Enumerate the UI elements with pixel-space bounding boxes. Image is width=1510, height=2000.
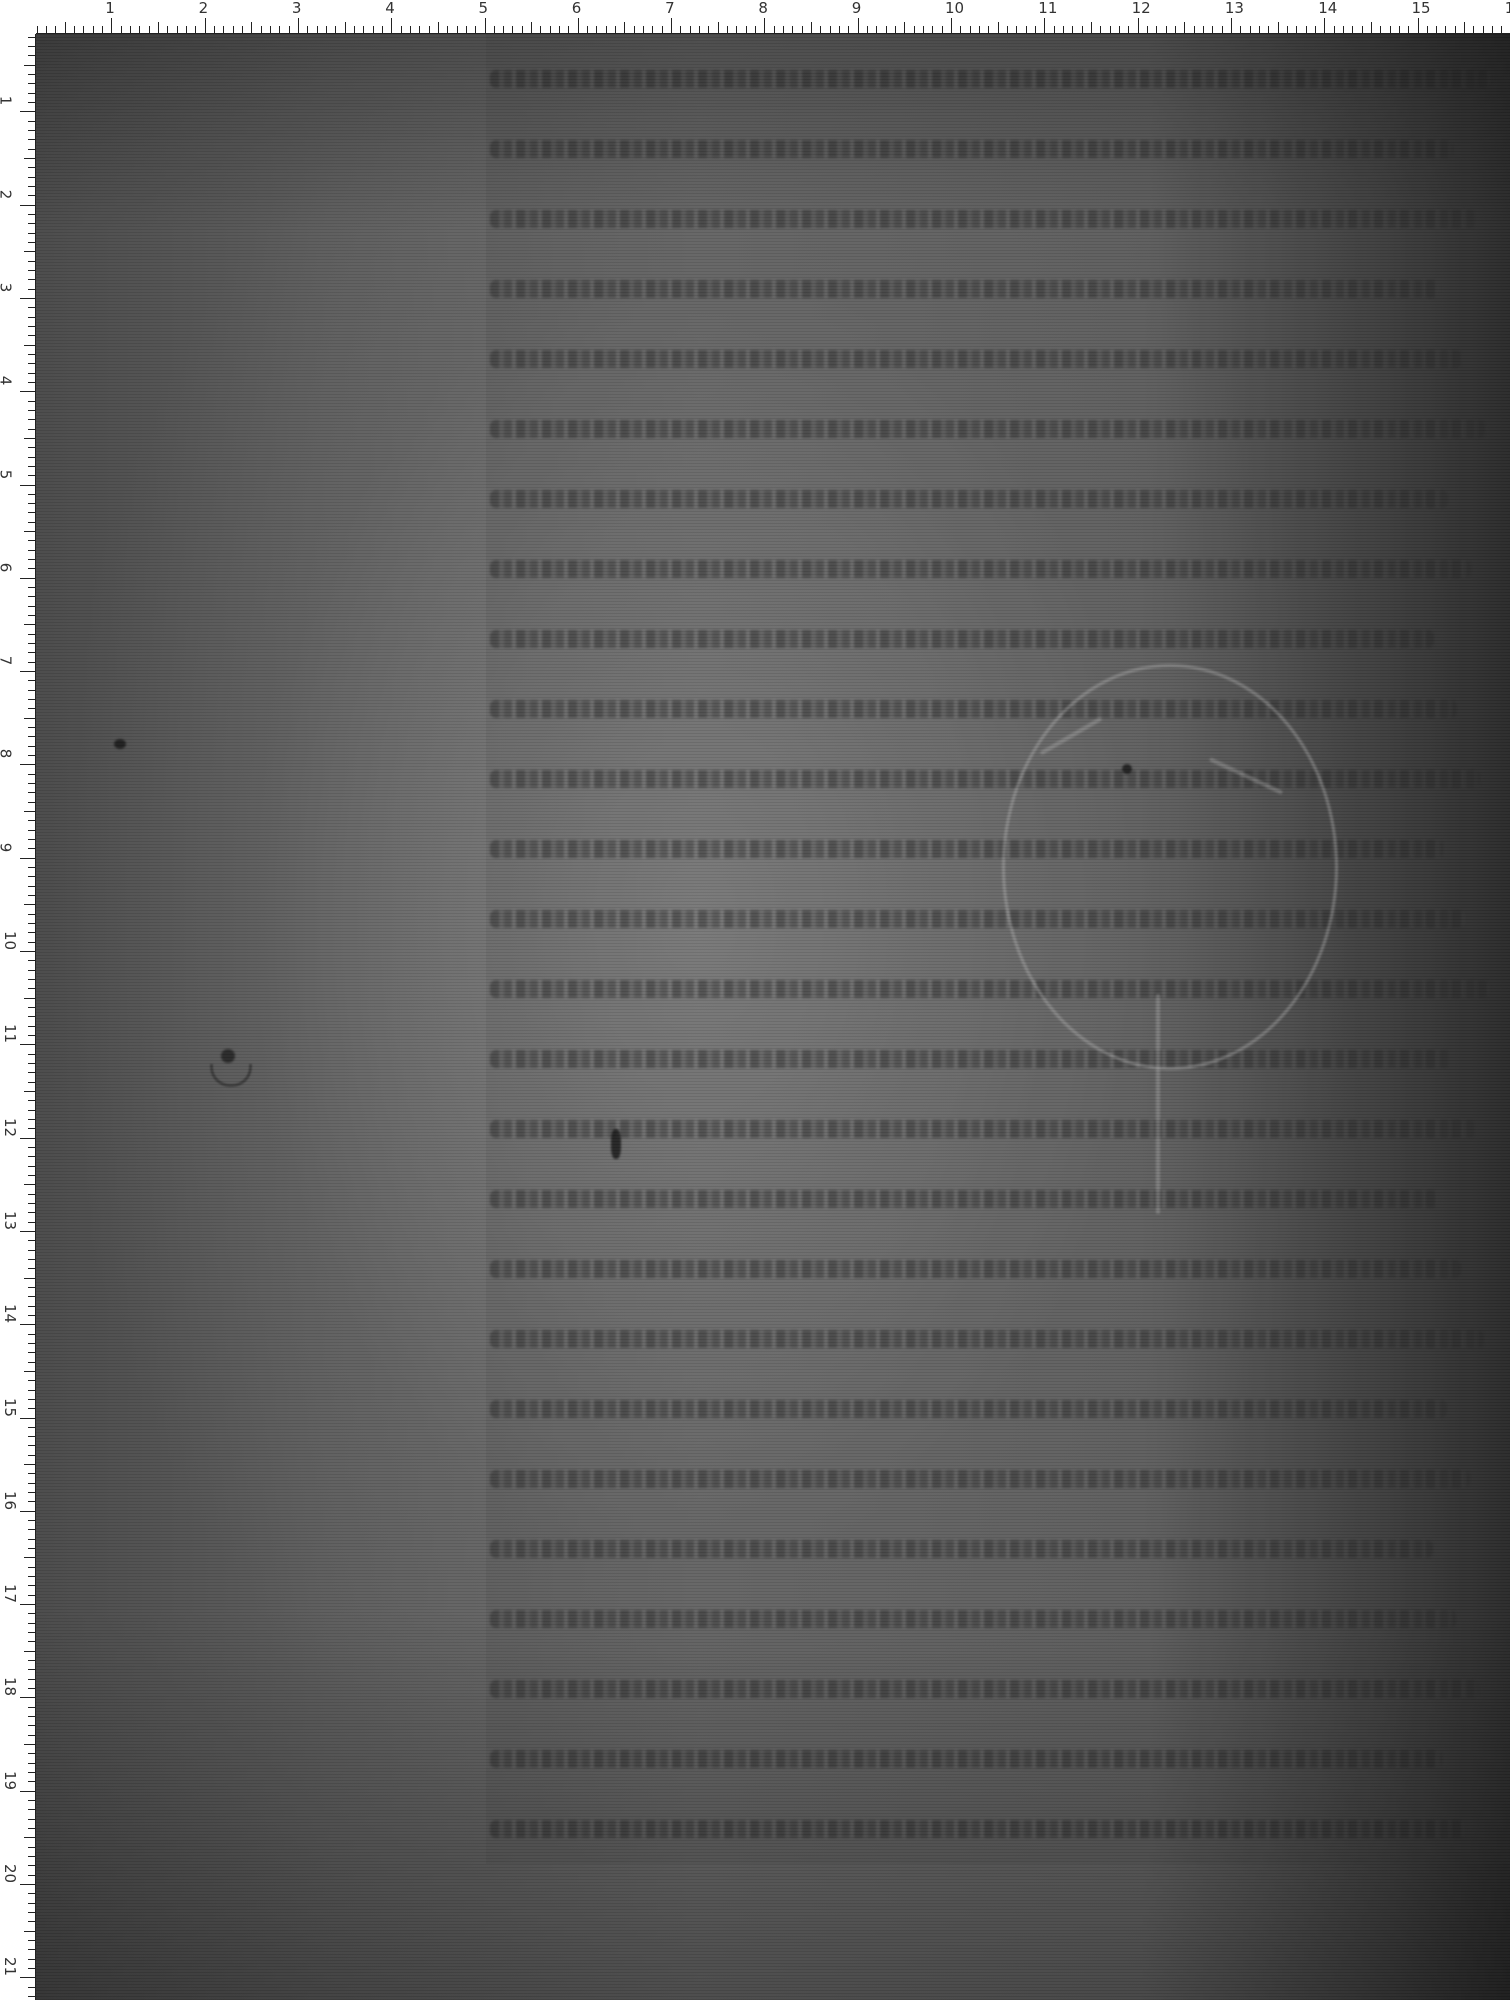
- ruler-tick: [24, 1184, 36, 1185]
- ruler-tick: [1175, 26, 1176, 34]
- ruler-tick: [988, 26, 989, 34]
- ruler-tick: [1100, 26, 1101, 34]
- ruler-tick: [37, 26, 38, 34]
- ruler-tick: [28, 1865, 36, 1866]
- ruler-tick: [139, 26, 140, 34]
- ruler-tick: [205, 18, 206, 34]
- ruler-tick: [410, 26, 411, 34]
- ruler-tick: [680, 26, 681, 34]
- ruler-tick: [24, 624, 36, 625]
- ruler-tick: [811, 22, 812, 34]
- ruler-label: 11: [2, 1024, 17, 1043]
- ruler-tick: [28, 1959, 36, 1960]
- ruler-tick: [457, 26, 458, 34]
- ruler-tick: [28, 1893, 36, 1894]
- ruler-tick: [28, 1240, 36, 1241]
- ruler-tick: [28, 727, 36, 728]
- ruler-tick: [20, 1884, 36, 1885]
- ruler-tick: [24, 811, 36, 812]
- ruler-tick: [46, 26, 47, 34]
- ruler-label: 5: [479, 1, 489, 16]
- ruler-tick: [28, 447, 36, 448]
- ruler-tick: [1212, 26, 1213, 34]
- ruler-tick: [1399, 26, 1400, 34]
- ruler-tick: [746, 26, 747, 34]
- ruler-tick: [28, 83, 36, 84]
- ruler-tick: [28, 634, 36, 635]
- ruler-tick: [28, 979, 36, 980]
- ruler-tick: [28, 942, 36, 943]
- ruler-label: 7: [0, 656, 12, 666]
- ruler-tick: [28, 1996, 36, 1997]
- ruler-tick: [494, 26, 495, 34]
- ruler-tick: [662, 26, 663, 34]
- ruler-tick: [28, 195, 36, 196]
- ruler-tick: [28, 1660, 36, 1661]
- ruler-tick: [820, 26, 821, 34]
- ruler-tick: [1455, 26, 1456, 34]
- ruler-tick: [951, 18, 952, 34]
- ruler-tick: [540, 26, 541, 34]
- ruler-tick: [429, 26, 430, 34]
- ruler-label: 11: [1038, 1, 1057, 16]
- ruler-tick: [1091, 22, 1092, 34]
- ruler-label: 7: [665, 1, 675, 16]
- ruler-tick: [24, 1837, 36, 1838]
- ruler-tick: [20, 1044, 36, 1045]
- ruler-tick: [28, 1772, 36, 1773]
- ruler-tick: [167, 26, 168, 34]
- ruler-tick: [28, 503, 36, 504]
- ruler-label: 12: [2, 1118, 17, 1137]
- ruler-tick: [28, 802, 36, 803]
- ruler-tick: [1259, 26, 1260, 34]
- ruler-tick: [699, 26, 700, 34]
- ruler-tick: [1250, 26, 1251, 34]
- ruler-tick: [28, 74, 36, 75]
- ruler-tick: [28, 1707, 36, 1708]
- ruler-tick: [1007, 26, 1008, 34]
- ruler-tick: [28, 214, 36, 215]
- ruler-tick: [28, 1725, 36, 1726]
- ruler-tick: [28, 457, 36, 458]
- ruler-tick: [28, 149, 36, 150]
- ruler-tick: [28, 1268, 36, 1269]
- ruler-tick: [1110, 26, 1111, 34]
- ruler-tick: [24, 1371, 36, 1372]
- ruler-tick: [1035, 26, 1036, 34]
- ruler-tick: [28, 1856, 36, 1857]
- ruler-tick: [475, 26, 476, 34]
- ruler-tick: [74, 26, 75, 34]
- ruler-tick: [652, 26, 653, 34]
- ruler-tick: [307, 26, 308, 34]
- ruler-tick: [28, 382, 36, 383]
- ruler-label: 9: [852, 1, 862, 16]
- ruler-tick: [28, 830, 36, 831]
- ruler-tick: [24, 1651, 36, 1652]
- ruler-tick: [28, 1501, 36, 1502]
- ruler-tick: [485, 18, 486, 34]
- ruler-label: 2: [199, 1, 209, 16]
- ruler-tick: [24, 904, 36, 905]
- ruler-tick: [28, 1912, 36, 1913]
- ruler-tick: [28, 1035, 36, 1036]
- ruler-tick: [28, 970, 36, 971]
- ruler-tick: [28, 1679, 36, 1680]
- ruler-tick: [317, 26, 318, 34]
- ruler-tick: [1315, 26, 1316, 34]
- ruler-tick: [1222, 26, 1223, 34]
- ruler-tick: [326, 26, 327, 34]
- ruler-tick: [28, 121, 36, 122]
- ruler-tick: [876, 26, 877, 34]
- ruler-tick: [28, 1968, 36, 1969]
- ruler-tick: [28, 1287, 36, 1288]
- ruler-tick: [121, 26, 122, 34]
- ruler-tick: [1016, 26, 1017, 34]
- ruler-tick: [28, 279, 36, 280]
- ruler-tick: [1063, 26, 1064, 34]
- ruler-label: 1: [1505, 1, 1510, 16]
- ruler-tick: [28, 1781, 36, 1782]
- ruler-tick: [28, 652, 36, 653]
- ruler-tick: [28, 1315, 36, 1316]
- ruler-tick: [1194, 26, 1195, 34]
- ruler-tick: [1082, 26, 1083, 34]
- ruler-tick: [28, 1175, 36, 1176]
- ruler-tick: [596, 26, 597, 34]
- ruler-tick: [251, 22, 252, 34]
- ruler-tick: [28, 1903, 36, 1904]
- ruler-tick: [28, 130, 36, 131]
- ruler-tick: [606, 26, 607, 34]
- ruler-tick: [419, 26, 420, 34]
- ruler-label: 8: [0, 749, 12, 759]
- ruler-tick: [335, 26, 336, 34]
- ruler-tick: [28, 46, 36, 47]
- ruler-tick: [24, 718, 36, 719]
- ruler-tick: [354, 26, 355, 34]
- ruler-tick: [28, 923, 36, 924]
- ruler-tick: [28, 736, 36, 737]
- ruler-tick: [24, 345, 36, 346]
- ruler-tick: [28, 139, 36, 140]
- ruler-tick: [24, 1931, 36, 1932]
- ruler-tick: [28, 1548, 36, 1549]
- ruler-tick: [401, 26, 402, 34]
- ruler-tick: [83, 26, 84, 34]
- ruler-tick: [28, 1054, 36, 1055]
- ruler-tick: [28, 1735, 36, 1736]
- ruler-label: 8: [758, 1, 768, 16]
- ruler-tick: [1306, 26, 1307, 34]
- ruler-tick: [20, 951, 36, 952]
- ruler-tick: [28, 820, 36, 821]
- ruler-tick: [28, 932, 36, 933]
- ruler-tick: [28, 261, 36, 262]
- ruler-tick: [1436, 26, 1437, 34]
- ruler-tick: [28, 559, 36, 560]
- ruler-tick: [28, 1492, 36, 1493]
- ruler-tick: [1166, 26, 1167, 34]
- ruler-tick: [1240, 26, 1241, 34]
- ruler-tick: [1464, 22, 1465, 34]
- ruler-tick: [1492, 26, 1493, 34]
- ruler-tick: [28, 1641, 36, 1642]
- ruler-tick: [28, 755, 36, 756]
- ruler-tick: [28, 960, 36, 961]
- ruler-label: 5: [0, 469, 12, 479]
- ruler-tick: [858, 18, 859, 34]
- ruler-tick: [28, 1585, 36, 1586]
- ruler-tick: [28, 1203, 36, 1204]
- ruler-tick: [28, 419, 36, 420]
- ruler-tick: [28, 792, 36, 793]
- ruler-tick: [28, 102, 36, 103]
- ruler-tick: [792, 26, 793, 34]
- ruler-tick: [1324, 18, 1325, 34]
- ruler-tick: [1473, 26, 1474, 34]
- ruler-tick: [214, 26, 215, 34]
- ruler-tick: [1147, 26, 1148, 34]
- ruler-tick: [28, 1063, 36, 1064]
- ruler-tick: [186, 26, 187, 34]
- ruler-tick: [839, 26, 840, 34]
- ruler-label: 13: [2, 1211, 17, 1230]
- ruler-tick: [28, 1529, 36, 1530]
- ruler-tick: [261, 26, 262, 34]
- ruler-tick: [764, 18, 765, 34]
- ruler-label: 15: [1412, 1, 1431, 16]
- ruler-tick: [28, 401, 36, 402]
- ruler-tick: [28, 93, 36, 94]
- ruler-tick: [149, 26, 150, 34]
- ruler-tick: [28, 326, 36, 327]
- ruler-tick: [28, 1632, 36, 1633]
- ruler-tick: [979, 26, 980, 34]
- ruler-tick: [28, 1613, 36, 1614]
- ruler-tick: [1334, 26, 1335, 34]
- ruler-label: 10: [945, 1, 964, 16]
- ruler-tick: [1044, 18, 1045, 34]
- ruler-tick: [20, 764, 36, 765]
- ruler-tick: [24, 1744, 36, 1745]
- ruler-tick: [28, 1334, 36, 1335]
- ruler-tick: [24, 65, 36, 66]
- ruler-tick: [20, 391, 36, 392]
- ruler-tick: [942, 26, 943, 34]
- ruler-tick: [28, 1352, 36, 1353]
- ruler-tick: [1418, 18, 1419, 34]
- ruler-tick: [28, 186, 36, 187]
- ruler-label: 18: [2, 1677, 17, 1696]
- ruler-tick: [28, 1128, 36, 1129]
- ruler-tick: [28, 1921, 36, 1922]
- ruler-tick: [20, 1977, 36, 1978]
- ruler-tick: [28, 680, 36, 681]
- ruler-tick: [1138, 18, 1139, 34]
- ruler-tick: [1026, 26, 1027, 34]
- ruler-tick: [279, 26, 280, 34]
- ruler-tick: [1287, 26, 1288, 34]
- ruler-tick: [28, 1949, 36, 1950]
- ruler-tick: [28, 177, 36, 178]
- ruler-tick: [559, 26, 560, 34]
- ruler-label: 12: [1132, 1, 1151, 16]
- ruler-tick: [177, 26, 178, 34]
- manuscript-scan-image: [36, 34, 1510, 2000]
- ruler-tick: [28, 466, 36, 467]
- ruler-tick: [28, 512, 36, 513]
- ruler-tick: [28, 1343, 36, 1344]
- ruler-tick: [102, 26, 103, 34]
- ruler-tick: [20, 1138, 36, 1139]
- ruler-tick: [28, 270, 36, 271]
- ruler-tick: [28, 1473, 36, 1474]
- ruler-label: 15: [2, 1397, 17, 1416]
- ruler-label: 14: [2, 1304, 17, 1323]
- ruler-tick: [28, 615, 36, 616]
- ruler-tick: [28, 1483, 36, 1484]
- ruler-tick: [28, 37, 36, 38]
- ruler-tick: [1278, 22, 1279, 34]
- ruler-tick: [20, 485, 36, 486]
- ruler-tick: [24, 1464, 36, 1465]
- ruler-label: 20: [2, 1864, 17, 1883]
- ruler-tick: [28, 1100, 36, 1101]
- ruler-label: 4: [0, 376, 12, 386]
- ruler-tick: [783, 26, 784, 34]
- ruler-tick: [447, 26, 448, 34]
- ruler-label: 17: [2, 1584, 17, 1603]
- ruler-tick: [28, 895, 36, 896]
- ruler-tick: [373, 26, 374, 34]
- ruler-tick: [233, 26, 234, 34]
- ruler-tick: [28, 1194, 36, 1195]
- ruler-tick: [28, 746, 36, 747]
- ruler-tick: [28, 1875, 36, 1876]
- ruler-tick: [28, 1753, 36, 1754]
- ruler-tick: [28, 307, 36, 308]
- ruler-tick: [28, 550, 36, 551]
- ruler-tick: [28, 1520, 36, 1521]
- ruler-label: 13: [1225, 1, 1244, 16]
- ruler-tick: [1371, 22, 1372, 34]
- ruler-tick: [28, 1390, 36, 1391]
- ruler-tick: [512, 26, 513, 34]
- ruler-tick: [20, 1324, 36, 1325]
- ruler-tick: [28, 1809, 36, 1810]
- ruler-tick: [28, 233, 36, 234]
- ruler-tick: [28, 1436, 36, 1437]
- ruler-tick: [28, 494, 36, 495]
- ruler-tick: [28, 223, 36, 224]
- ruler-label: 3: [292, 1, 302, 16]
- ruler-tick: [28, 690, 36, 691]
- ruler-tick: [914, 26, 915, 34]
- ruler-label: 6: [0, 563, 12, 573]
- ruler-tick: [28, 587, 36, 588]
- ruler-tick: [708, 26, 709, 34]
- ruler-tick: [28, 1166, 36, 1167]
- ruler-tick: [242, 26, 243, 34]
- ruler-tick: [634, 26, 635, 34]
- ruler-tick: [1184, 22, 1185, 34]
- ruler-tick: [111, 18, 112, 34]
- ruler-tick: [802, 26, 803, 34]
- ruler-tick: [28, 1567, 36, 1568]
- ruler-tick: [24, 1557, 36, 1558]
- ruler-tick: [20, 205, 36, 206]
- ruler-label: 10: [2, 931, 17, 950]
- ruler-tick: [28, 410, 36, 411]
- ruler-tick: [718, 22, 719, 34]
- ruler-tick: [363, 26, 364, 34]
- ruler-tick: [830, 26, 831, 34]
- ruler-tick: [28, 914, 36, 915]
- ruler-tick: [1427, 26, 1428, 34]
- ruler-tick: [20, 1697, 36, 1698]
- ruler-label: 3: [0, 283, 12, 293]
- ruler-tick: [895, 26, 896, 34]
- ruler-tick: [28, 708, 36, 709]
- ruler-tick: [28, 1455, 36, 1456]
- ruler-tick: [20, 1604, 36, 1605]
- ruler-tick: [1408, 26, 1409, 34]
- ruler-tick: [270, 26, 271, 34]
- ruler-tick: [24, 438, 36, 439]
- ruler-tick: [20, 578, 36, 579]
- ruler-tick: [158, 22, 159, 34]
- ruler-tick: [1268, 26, 1269, 34]
- ruler-tick: [20, 1791, 36, 1792]
- ruler-tick: [20, 671, 36, 672]
- ruler-tick: [28, 522, 36, 523]
- ruler-tick: [20, 1231, 36, 1232]
- ruler-tick: [130, 26, 131, 34]
- ruler-top: 01234567891011121314151: [0, 0, 1510, 34]
- ruler-tick: [28, 335, 36, 336]
- ruler-tick: [848, 26, 849, 34]
- ruler-tick: [223, 26, 224, 34]
- ruler-tick: [28, 1007, 36, 1008]
- ruler-tick: [643, 26, 644, 34]
- ruler-tick: [1156, 26, 1157, 34]
- ruler-tick: [24, 158, 36, 159]
- ruler-tick: [550, 26, 551, 34]
- ruler-tick: [867, 26, 868, 34]
- ruler-tick: [382, 26, 383, 34]
- ruler-tick: [28, 1380, 36, 1381]
- ruler-tick: [28, 699, 36, 700]
- ruler-tick: [28, 475, 36, 476]
- ruler-label: 1: [105, 1, 115, 16]
- ruler-tick: [28, 783, 36, 784]
- ruler-tick: [690, 26, 691, 34]
- ruler-tick: [28, 1688, 36, 1689]
- ruler-tick: [587, 26, 588, 34]
- ruler-tick: [20, 858, 36, 859]
- ruler-tick: [28, 289, 36, 290]
- ruler-tick: [20, 1511, 36, 1512]
- ruler-tick: [28, 242, 36, 243]
- ruler-tick: [24, 251, 36, 252]
- ruler-label: 21: [2, 1957, 17, 1976]
- ruler-label: 14: [1318, 1, 1337, 16]
- ruler-tick: [28, 1940, 36, 1941]
- ruler-tick: [28, 1082, 36, 1083]
